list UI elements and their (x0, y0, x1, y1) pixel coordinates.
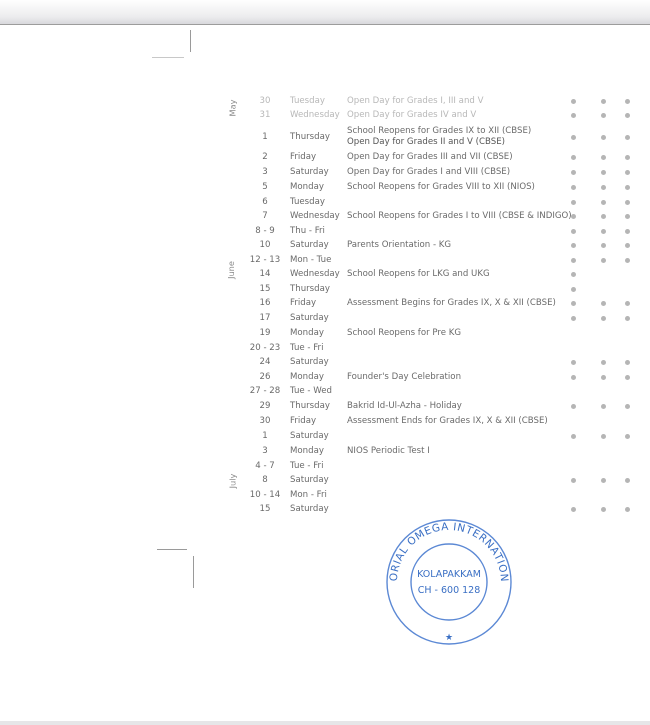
row-day: Tue - Wed (290, 386, 332, 397)
status-dot-icon (625, 214, 630, 219)
status-dot-icon (571, 243, 576, 248)
row-day: Tue - Fri (290, 343, 323, 354)
row-day: Tuesday (290, 197, 325, 208)
row-day: Monday (290, 328, 324, 339)
row-event: Bakrid Id-Ul-Azha - Holiday (347, 401, 462, 412)
row-date: 24 (246, 357, 284, 368)
status-dot-icon (601, 113, 606, 118)
row-day: Mon - Tue (290, 255, 331, 266)
row-date: 27 - 28 (246, 386, 284, 397)
row-event: School Reopens for Grades VIII to XII (N… (347, 182, 535, 193)
row-date: 31 (246, 110, 284, 121)
month-label-june: June (226, 261, 236, 279)
row-date: 10 (246, 240, 284, 251)
status-dot-icon (625, 185, 630, 190)
row-day: Saturday (290, 431, 329, 442)
status-dot-icon (601, 99, 606, 104)
status-dot-icon (601, 434, 606, 439)
school-seal-stamp: LALAJI MEMORIAL OMEGA INTERNATIONAL SCHO… (383, 516, 515, 648)
status-dot-icon (625, 113, 630, 118)
row-day: Thursday (290, 132, 330, 143)
row-day: Monday (290, 182, 324, 193)
status-dot-icon (625, 360, 630, 365)
status-dot-icon (625, 243, 630, 248)
status-dot-icon (625, 434, 630, 439)
row-event: Assessment Ends for Grades IX, X & XII (… (347, 416, 548, 427)
row-event: Open Day for Grades I and VIII (CBSE) (347, 167, 510, 178)
status-dot-icon (625, 301, 630, 306)
status-dot-icon (601, 243, 606, 248)
status-dot-icon (625, 316, 630, 321)
row-day: Wednesday (290, 110, 340, 121)
status-dot-icon (625, 258, 630, 263)
row-date: 2 (246, 152, 284, 163)
status-dot-icon (571, 375, 576, 380)
status-dot-icon (625, 507, 630, 512)
row-date: 10 - 14 (246, 490, 284, 501)
status-dot-icon (601, 404, 606, 409)
status-dot-icon (571, 155, 576, 160)
row-day: Saturday (290, 504, 329, 515)
status-dot-icon (571, 135, 576, 140)
status-dot-icon (571, 434, 576, 439)
status-dot-icon (625, 229, 630, 234)
row-day: Saturday (290, 313, 329, 324)
row-day: Friday (290, 298, 316, 309)
month-label-may: May (227, 100, 237, 117)
status-dot-icon (625, 478, 630, 483)
row-event: NIOS Periodic Test I (347, 446, 430, 457)
row-date: 12 - 13 (246, 255, 284, 266)
row-date: 16 (246, 298, 284, 309)
status-dot-icon (625, 375, 630, 380)
row-day: Friday (290, 416, 316, 427)
seal-location: KOLAPAKKAM (417, 569, 481, 580)
row-event: Founder's Day Celebration (347, 372, 461, 383)
status-dot-icon (571, 478, 576, 483)
row-day: Saturday (290, 475, 329, 486)
row-day: Monday (290, 446, 324, 457)
status-dot-icon (601, 214, 606, 219)
row-event: School Reopens for Grades IX to XII (CBS… (347, 126, 531, 148)
status-dot-icon (601, 360, 606, 365)
star-icon: ★ (445, 633, 453, 643)
status-dot-icon (625, 135, 630, 140)
row-event: Open Day for Grades I, III and V (347, 96, 483, 107)
row-date: 30 (246, 416, 284, 427)
row-date: 5 (246, 182, 284, 193)
row-date: 6 (246, 197, 284, 208)
row-event: School Reopens for Pre KG (347, 328, 461, 339)
row-day: Monday (290, 372, 324, 383)
status-dot-icon (601, 301, 606, 306)
status-dot-icon (571, 360, 576, 365)
row-date: 15 (246, 284, 284, 295)
row-date: 26 (246, 372, 284, 383)
status-dot-icon (625, 155, 630, 160)
row-event: School Reopens for Grades I to VIII (CBS… (347, 211, 572, 222)
row-day: Thursday (290, 401, 330, 412)
month-label-july: July (227, 474, 237, 489)
status-dot-icon (601, 316, 606, 321)
row-event: Assessment Begins for Grades IX, X & XII… (347, 298, 556, 309)
row-date: 1 (246, 132, 284, 143)
row-day: Tue - Fri (290, 461, 323, 472)
row-date: 14 (246, 269, 284, 280)
row-day: Saturday (290, 357, 329, 368)
status-dot-icon (601, 375, 606, 380)
row-date: 15 (246, 504, 284, 515)
status-dot-icon (571, 258, 576, 263)
status-dot-icon (571, 113, 576, 118)
row-day: Saturday (290, 167, 329, 178)
row-event: Open Day for Grades IV and V (347, 110, 476, 121)
status-dot-icon (625, 200, 630, 205)
row-date: 17 (246, 313, 284, 324)
row-date: 20 - 23 (246, 343, 284, 354)
row-date: 1 (246, 431, 284, 442)
status-dot-icon (601, 478, 606, 483)
status-dot-icon (571, 404, 576, 409)
status-dot-icon (601, 507, 606, 512)
row-date: 8 (246, 475, 284, 486)
status-dot-icon (625, 404, 630, 409)
row-day: Thu - Fri (290, 226, 325, 237)
status-dot-icon (625, 99, 630, 104)
row-day: Mon - Fri (290, 490, 327, 501)
status-dot-icon (571, 99, 576, 104)
row-date: 19 (246, 328, 284, 339)
status-dot-icon (571, 229, 576, 234)
status-dot-icon (571, 200, 576, 205)
row-event-secondary: Open Day for Grades II and V (CBSE) (347, 137, 531, 148)
row-date: 4 - 7 (246, 461, 284, 472)
row-day: Saturday (290, 240, 329, 251)
status-dot-icon (571, 507, 576, 512)
seal-pincode: CH - 600 128 (418, 585, 481, 596)
status-dot-icon (601, 170, 606, 175)
row-day: Thursday (290, 284, 330, 295)
row-event: Open Day for Grades III and VII (CBSE) (347, 152, 513, 163)
status-dot-icon (601, 185, 606, 190)
status-dot-icon (625, 170, 630, 175)
row-date: 3 (246, 446, 284, 457)
status-dot-icon (571, 185, 576, 190)
row-date: 30 (246, 96, 284, 107)
status-dot-icon (571, 316, 576, 321)
status-dot-icon (571, 301, 576, 306)
status-dot-icon (571, 272, 576, 277)
status-dot-icon (601, 229, 606, 234)
row-event: Parents Orientation - KG (347, 240, 451, 251)
row-date: 8 - 9 (246, 226, 284, 237)
status-dot-icon (601, 200, 606, 205)
status-dot-icon (601, 155, 606, 160)
status-dot-icon (571, 287, 576, 292)
row-day: Wednesday (290, 269, 340, 280)
row-day: Friday (290, 152, 316, 163)
row-date: 29 (246, 401, 284, 412)
status-dot-icon (601, 135, 606, 140)
status-dot-icon (571, 214, 576, 219)
calendar-table: 30TuesdayOpen Day for Grades I, III and … (0, 0, 650, 725)
status-dot-icon (601, 258, 606, 263)
row-date: 3 (246, 167, 284, 178)
row-event: School Reopens for LKG and UKG (347, 269, 490, 280)
row-day: Wednesday (290, 211, 340, 222)
row-date: 7 (246, 211, 284, 222)
row-day: Tuesday (290, 96, 325, 107)
status-dot-icon (571, 170, 576, 175)
